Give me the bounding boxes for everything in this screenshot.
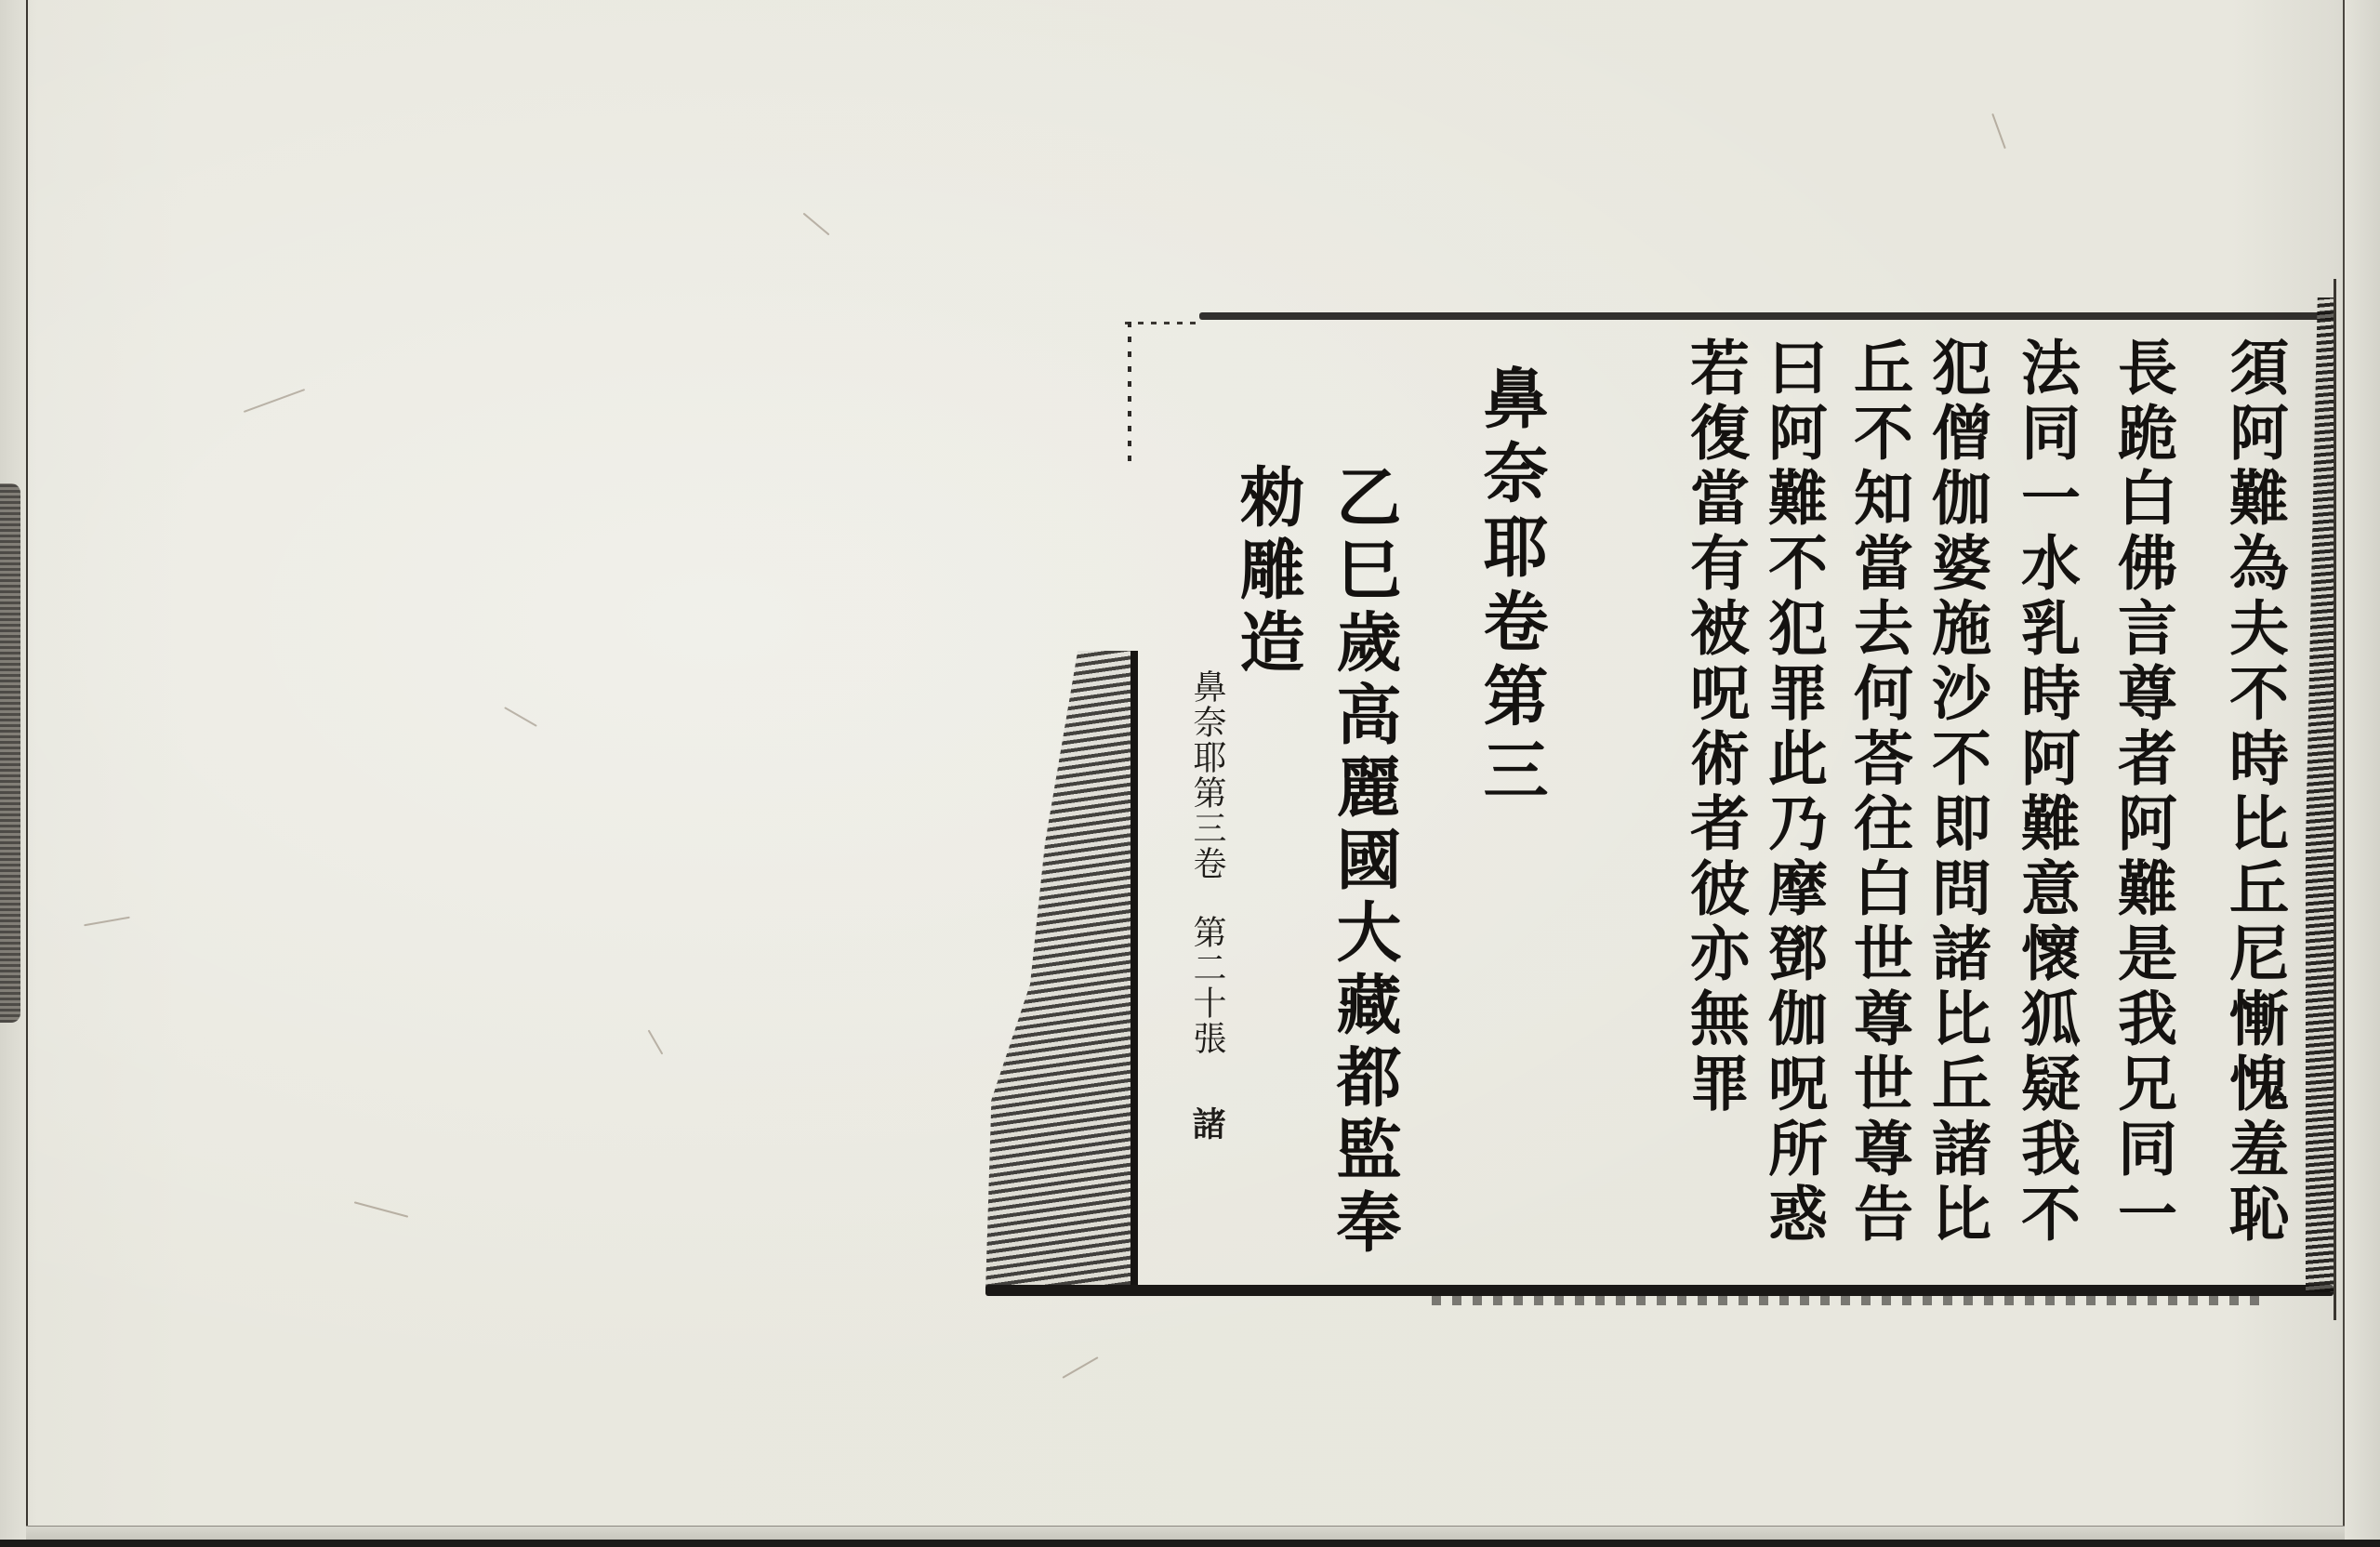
paper-fiber: [648, 1030, 664, 1055]
paper-fiber: [504, 707, 537, 727]
paper-fiber: [244, 389, 305, 413]
block-frame-top-faint: [1125, 322, 1199, 324]
block-frame-left: [1130, 651, 1138, 1292]
bottom-shadow: [0, 1540, 2380, 1547]
block-frame-top: [1199, 312, 2334, 320]
margin-note: 鼻奈耶第三卷第二十張: [1190, 669, 1223, 1056]
colophon-line-2: 勑雕造: [1235, 463, 1300, 681]
left-page-edge: [0, 0, 28, 1547]
paper-fiber: [1062, 1356, 1098, 1379]
paper-fiber: [84, 917, 130, 927]
block-frame-bottom-ink: [1432, 1296, 2268, 1305]
right-page-edge: [2343, 0, 2380, 1547]
block-frame-left-dotted: [1128, 322, 1131, 461]
volume-title: 鼻奈耶卷第三: [1478, 364, 1543, 811]
paper-fiber: [354, 1201, 408, 1217]
block-frame-right: [2334, 279, 2336, 1320]
left-page-ink-bleed: [0, 483, 20, 1023]
block-frame-bottom: [985, 1285, 2334, 1296]
body-column-4: 犯僧伽婆施沙不即問諸比丘諸比: [1926, 337, 1986, 1248]
colophon-line-1: 乙巳歲高麗國大藏都監奉: [1331, 463, 1396, 1261]
body-column-7: 若復當有被呪術者彼亦無罪: [1685, 337, 1744, 1117]
body-column-2: 長跪白佛言尊者阿難是我兄同一: [2112, 337, 2172, 1248]
margin-volume: 鼻奈耶第三卷: [1188, 669, 1226, 881]
margin-sheet-number: 第二十張: [1188, 915, 1226, 1056]
margin-case-mark: 諸: [1190, 1106, 1223, 1145]
body-column-3: 法同一水乳時阿難意懷狐疑我不: [2016, 337, 2075, 1248]
body-column-5: 丘不知當去何荅往白世尊世尊告: [1848, 337, 1908, 1248]
paper-fiber: [803, 213, 830, 236]
paper-fiber: [1991, 113, 2006, 149]
body-column-1: 須阿難為夫不時比丘尼慚愧羞恥: [2224, 337, 2283, 1248]
body-column-6: 曰阿難不犯罪此乃摩鄧伽呪所惑: [1763, 337, 1822, 1248]
